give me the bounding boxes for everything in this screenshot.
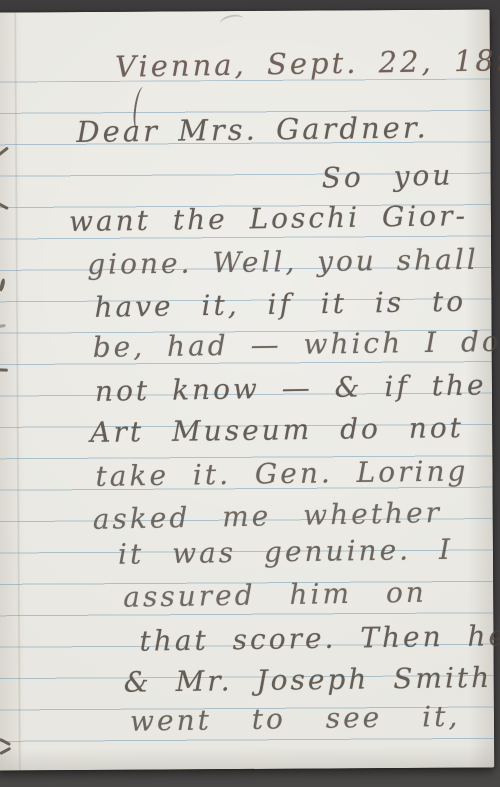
letter-body-line: & Mr. Joseph Smith bbox=[124, 661, 493, 699]
letter-body-line: be, had — which I do bbox=[92, 325, 500, 364]
letter-body-line: it was genuine. I bbox=[118, 533, 453, 571]
letter-body-line: take it. Gen. Loring bbox=[95, 454, 468, 493]
letter-body-line: So you bbox=[321, 158, 453, 194]
letter-salutation: Dear Mrs. Gardner. bbox=[76, 110, 429, 149]
letter-body-line: assured him on bbox=[123, 576, 427, 614]
letter-body-line: have it, if it is to bbox=[94, 285, 466, 324]
pencil-smudge bbox=[219, 13, 245, 31]
letter-body-line: went to see it, bbox=[130, 700, 461, 738]
letter-body-line: not know — & if the bbox=[95, 368, 487, 407]
edge-ink-fragment bbox=[0, 368, 8, 371]
edge-ink-stroke bbox=[0, 738, 11, 746]
letter-page: Vienna, Sept. 22, 1896 Dear Mrs. Gardner… bbox=[0, 9, 494, 770]
letter-body-line: asked me whether bbox=[92, 496, 442, 536]
letter-body-line: gione. Well, you shall bbox=[87, 243, 479, 281]
letter-body-line: that score. Then he bbox=[139, 619, 500, 657]
letter-dateline: Vienna, Sept. 22, 1896 bbox=[115, 43, 500, 84]
letter-body-line: Art Museum do not bbox=[90, 411, 464, 449]
scan-backdrop: Vienna, Sept. 22, 1896 Dear Mrs. Gardner… bbox=[0, 0, 500, 787]
letter-body-line: want the Loschi Gior- bbox=[69, 199, 468, 238]
edge-ink-fragment bbox=[0, 738, 13, 756]
edge-ink-stroke bbox=[0, 747, 11, 755]
